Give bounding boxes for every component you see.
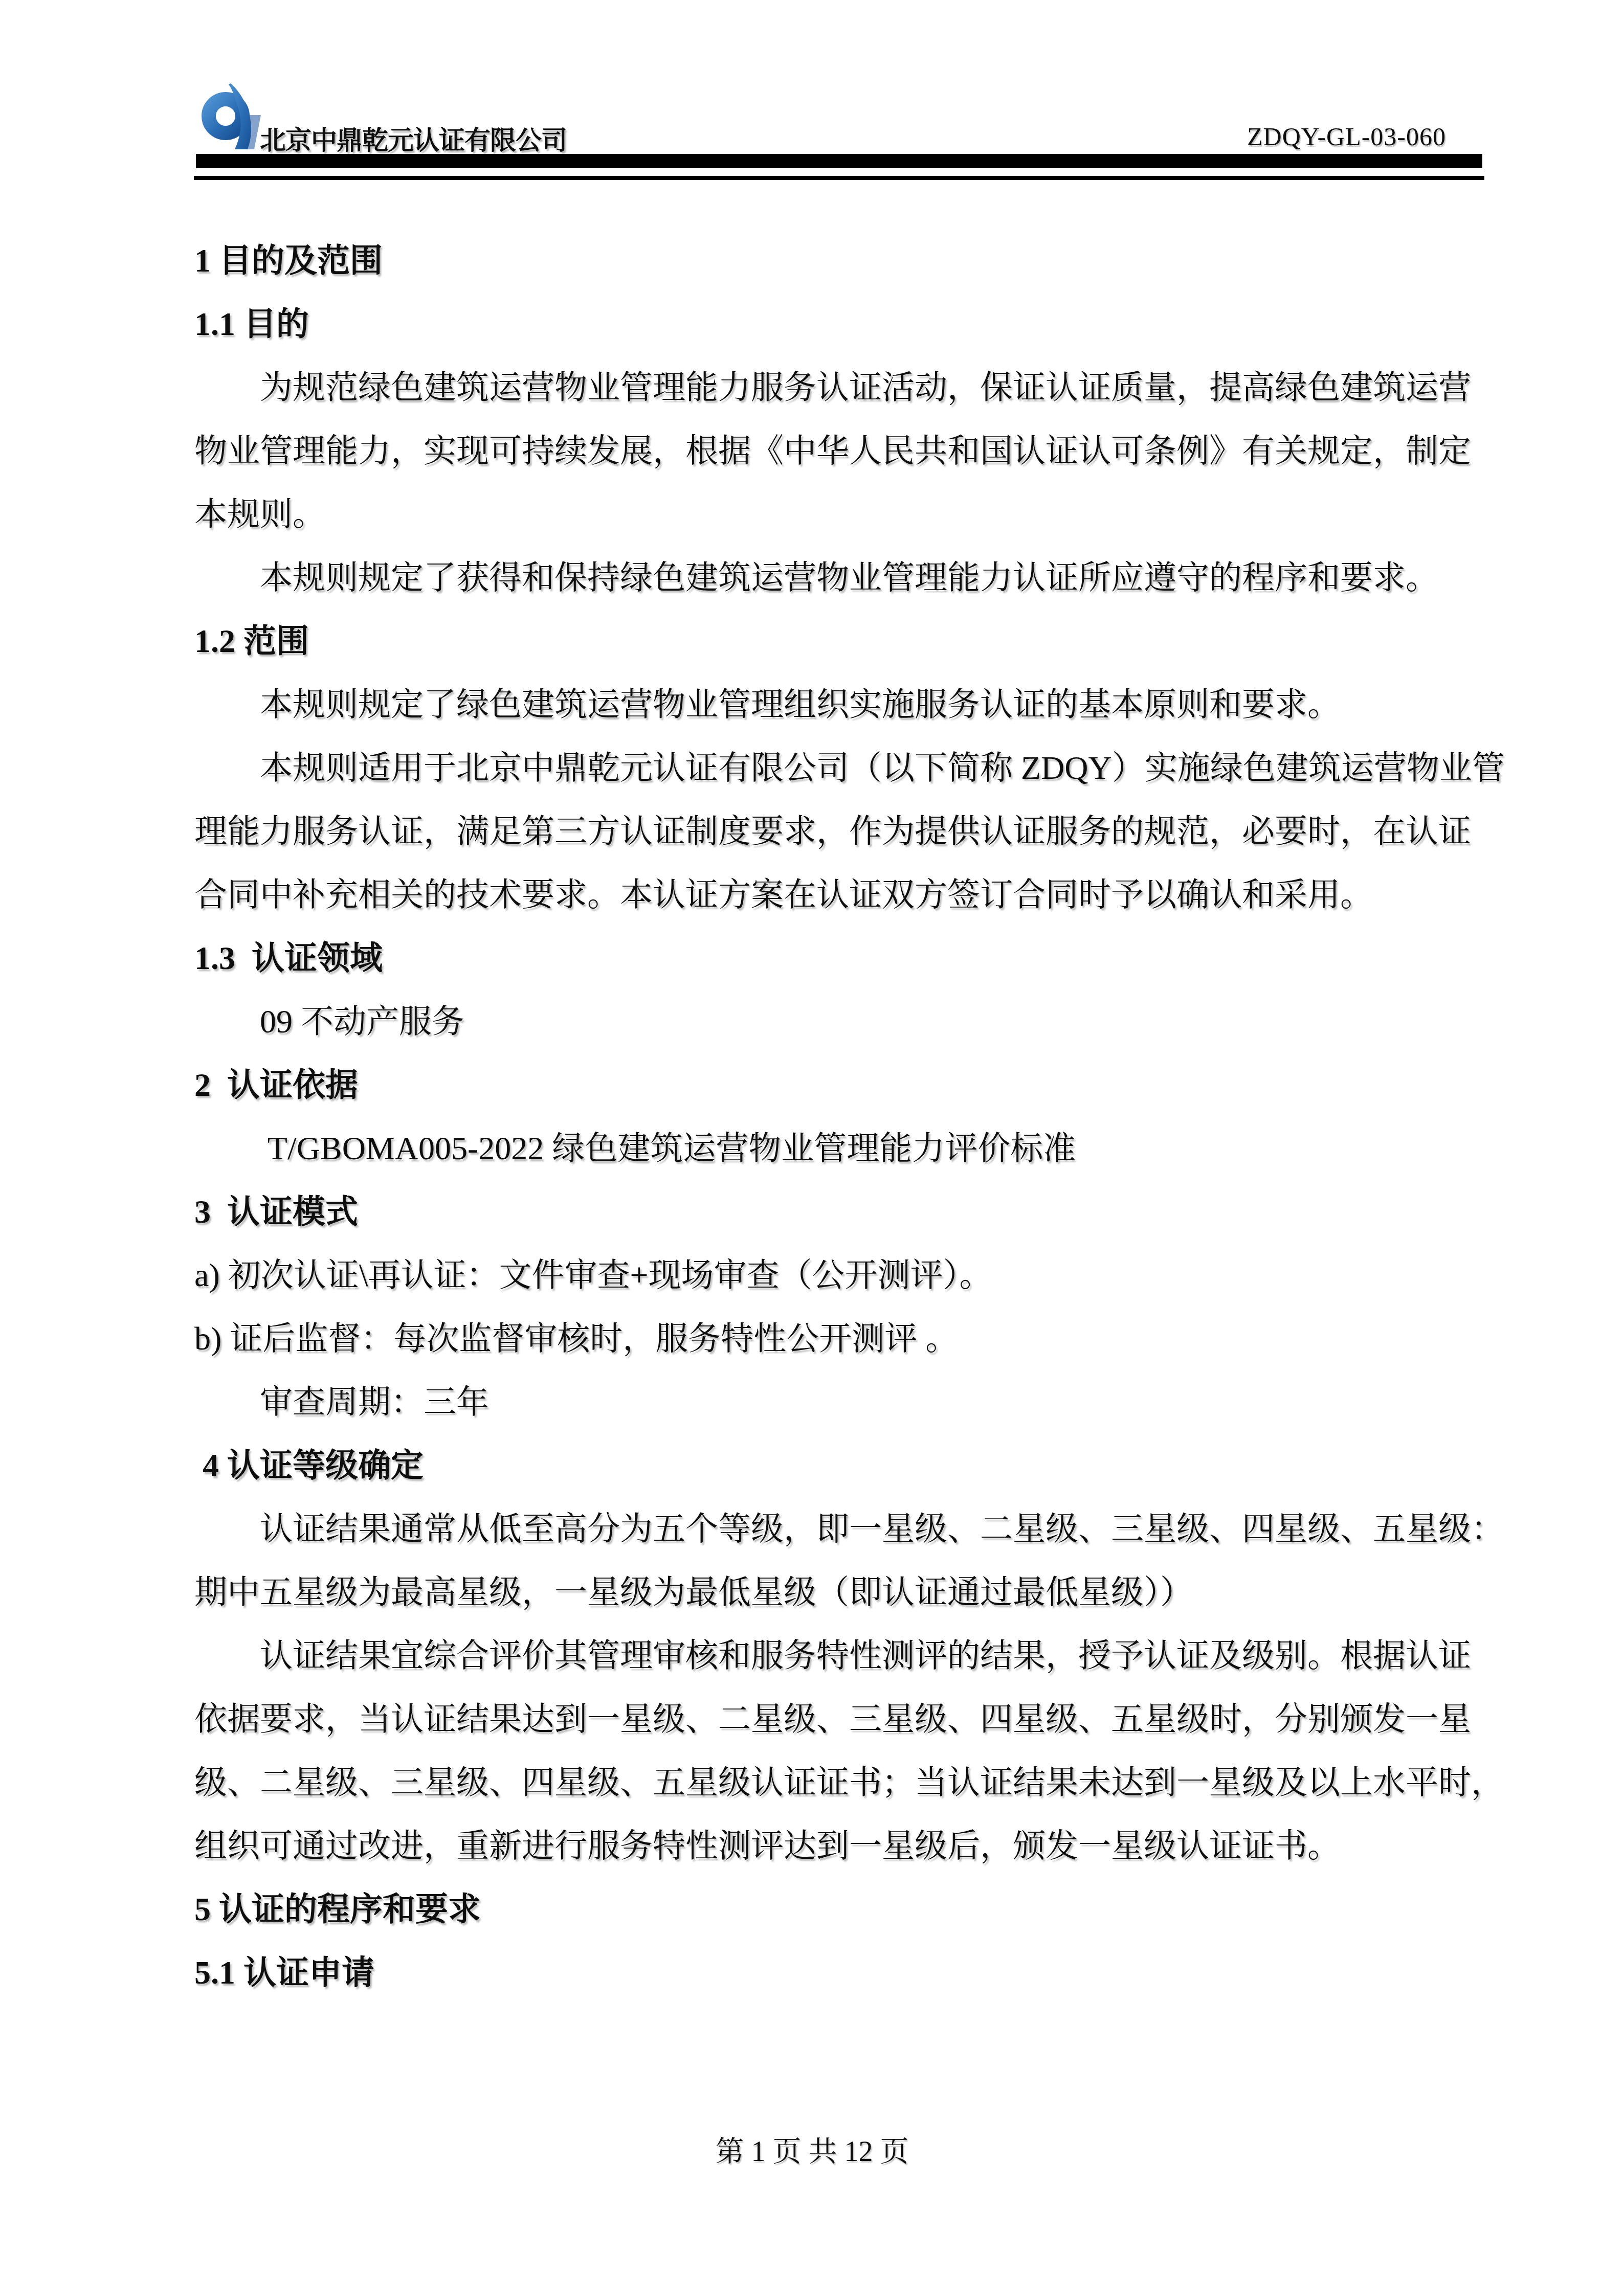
text-line-content: 为规范绿色建筑运营物业管理能力服务认证活动，保证认证质量，提高绿色建筑运营	[260, 369, 1471, 406]
text-line-content: 09 不动产服务	[260, 1003, 464, 1040]
text-line: 1.2 范围	[194, 610, 1496, 673]
header-rule-thick	[196, 154, 1482, 168]
text-line-content: 认证结果通常从低至高分为五个等级，即一星级、二星级、三星级、四星级、五星级：	[260, 1511, 1504, 1547]
text-line: 组织可通过改进，重新进行服务特性测评达到一星级后，颁发一星级认证证书。	[194, 1814, 1496, 1878]
header-rule-thin	[194, 176, 1484, 180]
text-line-content: 物业管理能力，实现可持续发展，根据《中华人民共和国认证认可条例》有关规定，制定	[194, 433, 1471, 469]
text-line: 本规则规定了获得和保持绿色建筑运营物业管理能力认证所应遵守的程序和要求。	[194, 546, 1496, 610]
text-line: a) 初次认证\再认证：文件审查+现场审查（公开测评）。	[194, 1244, 1496, 1307]
text-line-content: 合同中补充相关的技术要求。本认证方案在认证双方签订合同时予以确认和采用。	[194, 876, 1373, 913]
text-line: 本规则适用于北京中鼎乾元认证有限公司（以下简称 ZDQY）实施绿色建筑运营物业管	[194, 736, 1496, 800]
text-line: 认证结果宜综合评价其管理审核和服务特性测评的结果，授予认证及级别。根据认证	[194, 1624, 1496, 1687]
text-line: 1.1 目的	[194, 292, 1496, 356]
text-line-content: b) 证后监督：每次监督审核时，服务特性公开测评 。	[194, 1320, 958, 1357]
text-line-content: 2 认证依据	[194, 1067, 358, 1103]
text-line: 理能力服务认证，满足第三方认证制度要求，作为提供认证服务的规范，必要时，在认证	[194, 800, 1496, 863]
text-line: 审查周期：三年	[194, 1370, 1496, 1434]
text-line: 1 目的及范围	[194, 229, 1496, 292]
text-line: 本规则。	[194, 483, 1496, 546]
text-line: 合同中补充相关的技术要求。本认证方案在认证双方签订合同时予以确认和采用。	[194, 863, 1496, 927]
text-line: 09 不动产服务	[194, 990, 1496, 1053]
text-line: 级、二星级、三星级、四星级、五星级认证证书；当认证结果未达到一星级及以上水平时，	[194, 1751, 1496, 1814]
company-logo-icon	[201, 83, 263, 152]
document-code: ZDQY-GL-03-060	[1247, 122, 1446, 151]
text-line-content: 本规则规定了绿色建筑运营物业管理组织实施服务认证的基本原则和要求。	[260, 686, 1340, 723]
text-line: 5.1 认证申请	[194, 1941, 1496, 2005]
text-line-content: 1 目的及范围	[194, 242, 383, 279]
text-line-content: 4 认证等级确定	[194, 1447, 424, 1483]
page-footer: 第 1 页 共 12 页	[0, 2131, 1624, 2172]
text-line-content: 1.2 范围	[194, 623, 309, 659]
document-body: 1 目的及范围1.1 目的为规范绿色建筑运营物业管理能力服务认证活动，保证认证质…	[194, 229, 1496, 2005]
text-line: 2 认证依据	[194, 1053, 1496, 1117]
text-line-content: 5.1 认证申请	[194, 1954, 374, 1991]
text-line: 物业管理能力，实现可持续发展，根据《中华人民共和国认证认可条例》有关规定，制定	[194, 419, 1496, 483]
text-line-content: 期中五星级为最高星级，一星级为最低星级（即认证通过最低星级））	[194, 1574, 1193, 1610]
text-line: 期中五星级为最高星级，一星级为最低星级（即认证通过最低星级））	[194, 1561, 1496, 1624]
text-line-content: 组织可通过改进，重新进行服务特性测评达到一星级后，颁发一星级认证证书。	[194, 1828, 1340, 1864]
text-line-content: 1.3 认证领域	[194, 940, 383, 976]
text-line: 本规则规定了绿色建筑运营物业管理组织实施服务认证的基本原则和要求。	[194, 673, 1496, 736]
text-line: b) 证后监督：每次监督审核时，服务特性公开测评 。	[194, 1307, 1496, 1370]
text-line: T/GBOMA005-2022 绿色建筑运营物业管理能力评价标准	[194, 1117, 1496, 1180]
text-line-content: 5 认证的程序和要求	[194, 1891, 481, 1927]
text-line-content: 认证结果宜综合评价其管理审核和服务特性测评的结果，授予认证及级别。根据认证	[260, 1637, 1471, 1674]
text-line-content: 级、二星级、三星级、四星级、五星级认证证书；当认证结果未达到一星级及以上水平时，	[194, 1764, 1504, 1800]
document-page: 北京中鼎乾元认证有限公司 ZDQY-GL-03-060 1 目的及范围1.1 目…	[0, 0, 1624, 2296]
page-number: 第 1 页 共 12 页	[716, 2136, 909, 2168]
text-line: 5 认证的程序和要求	[194, 1878, 1496, 1941]
text-line-content: 1.1 目的	[194, 306, 309, 342]
text-line-content: 本规则规定了获得和保持绿色建筑运营物业管理能力认证所应遵守的程序和要求。	[260, 559, 1438, 596]
text-line: 为规范绿色建筑运营物业管理能力服务认证活动，保证认证质量，提高绿色建筑运营	[194, 356, 1496, 419]
text-line: 认证结果通常从低至高分为五个等级，即一星级、二星级、三星级、四星级、五星级：	[194, 1497, 1496, 1561]
text-line-content: 本规则适用于北京中鼎乾元认证有限公司（以下简称 ZDQY）实施绿色建筑运营物业管	[260, 750, 1505, 786]
text-line-content: 理能力服务认证，满足第三方认证制度要求，作为提供认证服务的规范，必要时，在认证	[194, 813, 1471, 849]
text-line-content: 3 认证模式	[194, 1194, 358, 1230]
text-line: 1.3 认证领域	[194, 927, 1496, 990]
company-name: 北京中鼎乾元认证有限公司	[260, 119, 567, 157]
text-line-content: 依据要求，当认证结果达到一星级、二星级、三星级、四星级、五星级时，分别颁发一星	[194, 1701, 1471, 1737]
text-line: 依据要求，当认证结果达到一星级、二星级、三星级、四星级、五星级时，分别颁发一星	[194, 1687, 1496, 1751]
text-line: 3 认证模式	[194, 1180, 1496, 1244]
text-line-content: 审查周期：三年	[260, 1384, 489, 1420]
text-line-content: a) 初次认证\再认证：文件审查+现场审查（公开测评）。	[194, 1257, 992, 1293]
text-line-content: 本规则。	[194, 496, 325, 532]
text-line: 4 认证等级确定	[194, 1434, 1496, 1497]
text-line-content: T/GBOMA005-2022 绿色建筑运营物业管理能力评价标准	[260, 1130, 1076, 1166]
